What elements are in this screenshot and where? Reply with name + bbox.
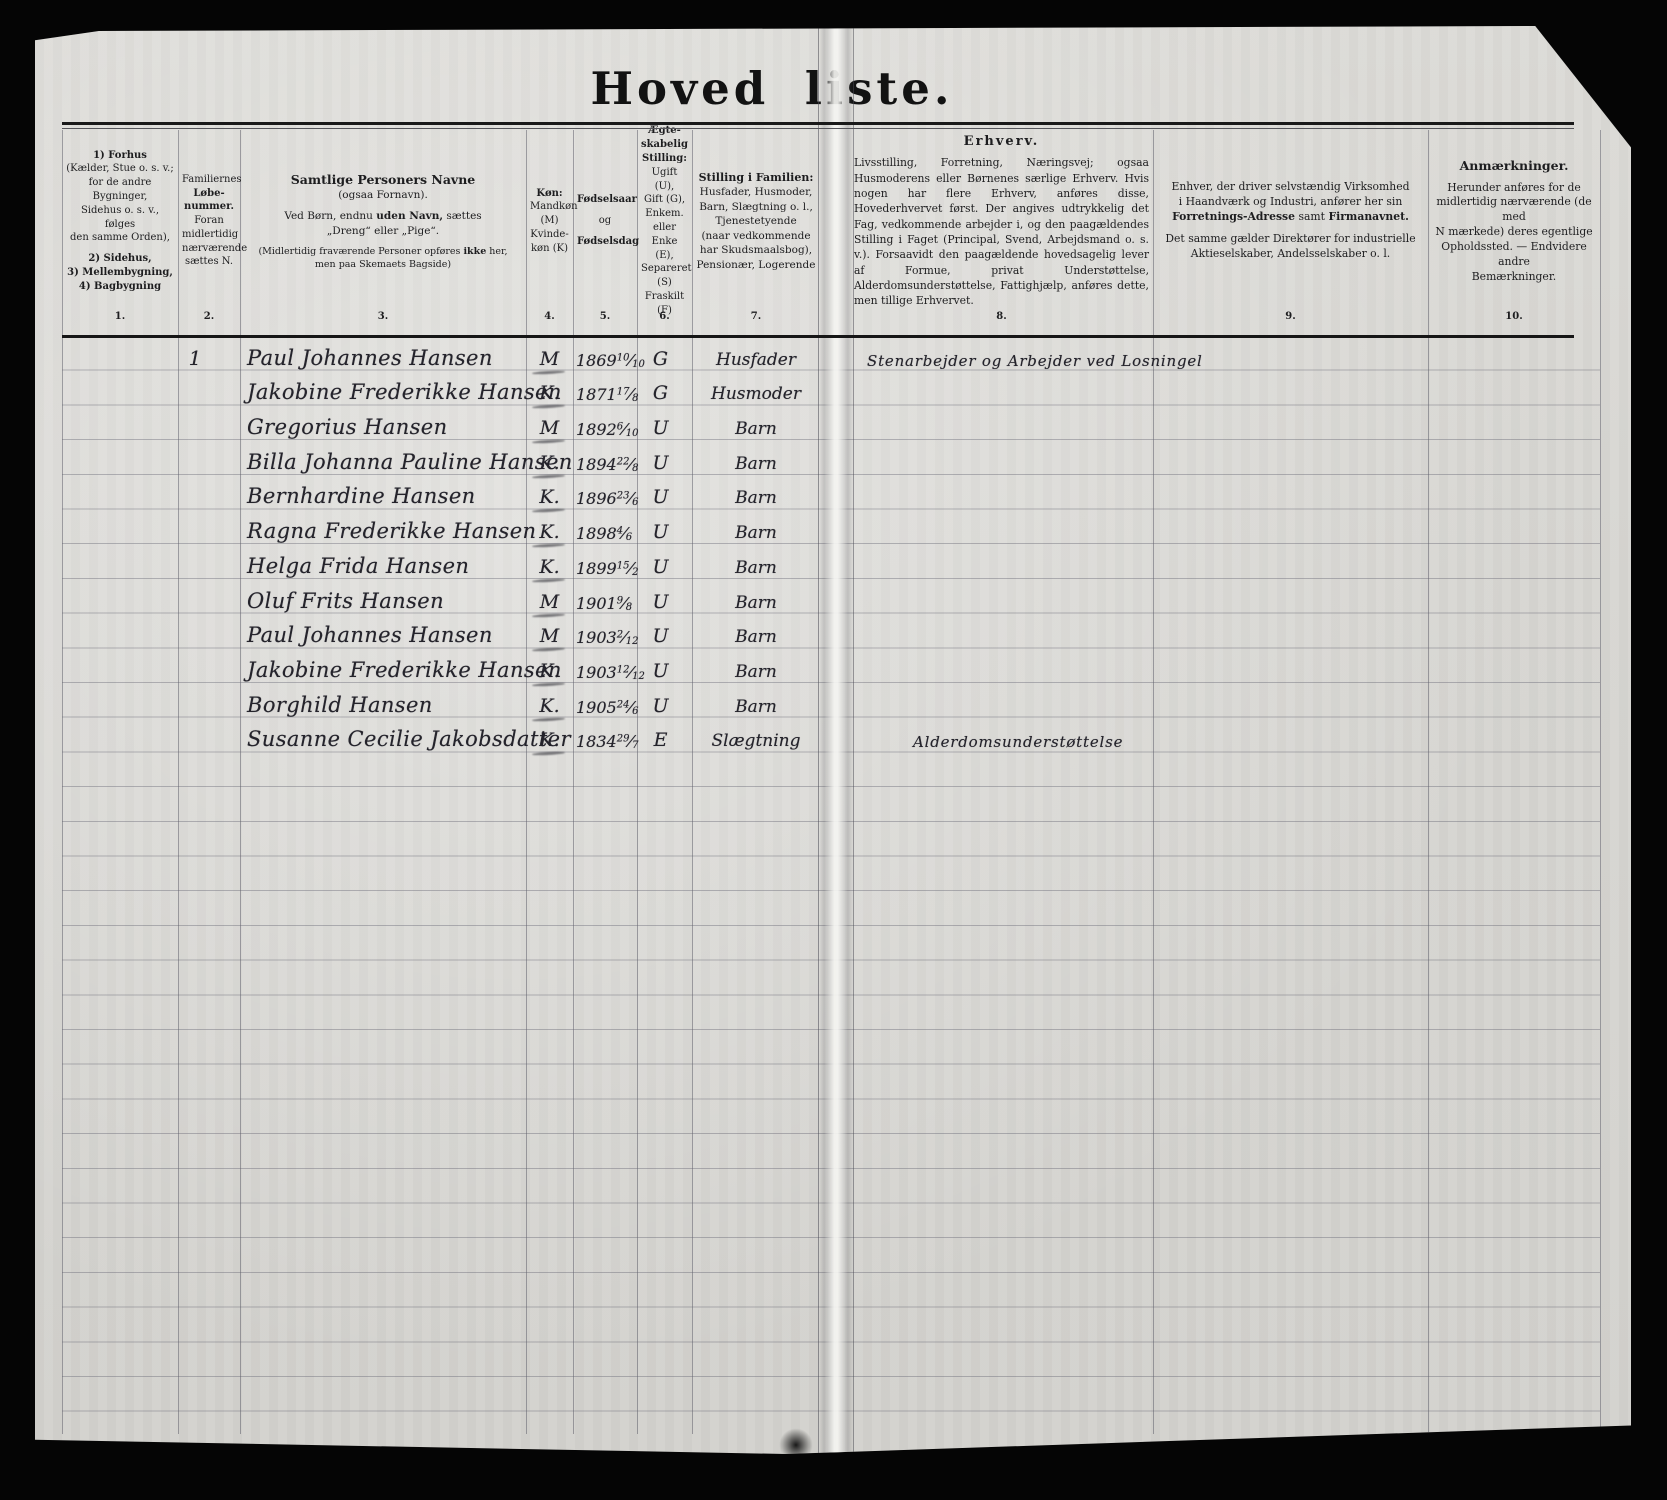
- birth-date-value: 189422⁄8: [576, 455, 639, 474]
- column-number-1: 1.: [66, 311, 174, 331]
- person-name-value: Oluf Frits Hansen: [247, 589, 444, 613]
- column-line: [692, 130, 693, 1434]
- birth-date-value: 18926⁄10: [576, 420, 639, 439]
- table-row: Jakobine Frederikke Hansen K. 190312⁄12 …: [35, 648, 1631, 683]
- column-line: [526, 130, 527, 1434]
- occupation-value: Alderdomsunderstøttelse: [913, 733, 1123, 751]
- birth-date-value: 190524⁄6: [576, 698, 639, 717]
- person-name-value: Jakobine Frederikke Hansen: [247, 380, 562, 404]
- header-line: og: [577, 214, 633, 228]
- column-number-4: 4.: [530, 311, 569, 331]
- birth-date-value: 189623⁄6: [576, 489, 639, 508]
- header-line: i Haandværk og Industri, anfører her sin: [1157, 195, 1424, 210]
- column-number-3: 3.: [244, 311, 522, 331]
- person-name-value: Jakobine Frederikke Hansen: [247, 658, 562, 682]
- person-name-value: Billa Johanna Pauline Hansen: [247, 450, 573, 474]
- person-name-value: Ragna Frederikke Hansen: [247, 519, 536, 543]
- person-name-value: Paul Johannes Hansen: [247, 623, 493, 647]
- header-line: „Dreng“ eller „Pige“.: [244, 224, 522, 238]
- header-note: (Midlertidig fraværende Personer opføres…: [244, 245, 522, 258]
- family-position-value: Barn: [696, 697, 816, 717]
- person-name-value: Susanne Cecilie Jakobsdatter: [247, 727, 571, 751]
- family-position-value: Barn: [696, 523, 816, 543]
- sex-value: K.: [526, 660, 573, 682]
- column-header-anmaerkninger: Anmærkninger. Herunder anføres for de mi…: [1432, 130, 1596, 312]
- header-line: Fødselsaar: [577, 193, 633, 207]
- header-title: Samtlige Personers Navne: [244, 171, 522, 188]
- family-number-value: 1: [175, 346, 215, 370]
- sex-value: K.: [526, 521, 573, 543]
- table-row: Ragna Frederikke Hansen K. 18984⁄6 U Bar…: [35, 509, 1631, 544]
- column-line: [637, 130, 638, 1434]
- sex-value: K.: [526, 382, 573, 404]
- person-name-value: Gregorius Hansen: [247, 415, 448, 439]
- family-position-value: Barn: [696, 558, 816, 578]
- header-note: men paa Skemaets Bagside): [244, 258, 522, 271]
- column-header-navne: Samtlige Personers Navne (ogsaa Fornavn)…: [244, 130, 522, 312]
- header-paragraph: Livsstilling, Forretning, Næringsvej; og…: [854, 155, 1149, 308]
- title-rule: [62, 122, 1574, 129]
- table-row: Billa Johanna Pauline Hansen K. 189422⁄8…: [35, 440, 1631, 475]
- header-line: Husfader, Husmoder, Barn, Slægtning o. l…: [696, 185, 816, 272]
- family-position-value: Barn: [696, 627, 816, 647]
- person-name-value: Borghild Hansen: [247, 693, 433, 717]
- family-position-value: Barn: [696, 419, 816, 439]
- birth-date-value: 189915⁄2: [576, 559, 639, 578]
- sex-value: M: [526, 348, 573, 370]
- header-line: Fødselsdag: [577, 235, 633, 249]
- column-header-fodselsaar: Fødselsaar og Fødselsdag: [577, 130, 633, 312]
- column-line: [62, 130, 63, 1434]
- birth-date-value: 19032⁄12: [576, 628, 639, 647]
- column-line: [1428, 130, 1429, 1434]
- marital-status-value: U: [637, 591, 684, 613]
- sex-value: K.: [526, 556, 573, 578]
- header-line: Ugift (U), Gift (G), Enkem. eller Enke (…: [641, 166, 688, 318]
- header-line: Familiernes: [182, 173, 236, 187]
- entries-list: 1 Paul Johannes Hansen M 186910⁄10 G Hus…: [35, 336, 1631, 752]
- family-position-value: Barn: [696, 593, 816, 613]
- birth-date-value: 187117⁄8: [576, 385, 639, 404]
- column-number-5: 5.: [577, 311, 633, 331]
- sex-value: K.: [526, 486, 573, 508]
- column-number-8: 8.: [854, 311, 1149, 331]
- marital-status-value: G: [637, 348, 684, 370]
- column-number-6: 6.: [641, 311, 688, 331]
- family-position-value: Husfader: [696, 350, 816, 370]
- column-header-stilling-familien: Stilling i Familien: Husfader, Husmoder,…: [696, 130, 816, 312]
- column-header-forhus: 1) Forhus (Kælder, Stue o. s. v.; for de…: [66, 130, 174, 312]
- birth-date-value: 186910⁄10: [576, 351, 645, 370]
- birth-date-value: 183429⁄7: [576, 732, 639, 751]
- header-line: Forretnings-Adresse samt Firmanavnet.: [1157, 210, 1424, 225]
- column-number-10: 10.: [1432, 311, 1596, 331]
- column-header-aegteskabelig: Ægte- skabelig Stilling: Ugift (U), Gift…: [641, 130, 688, 312]
- header-title: Ægte- skabelig Stilling:: [641, 124, 688, 165]
- page-title: Hoved liste.: [35, 62, 1509, 115]
- table-row: Gregorius Hansen M 18926⁄10 U Barn: [35, 405, 1631, 440]
- marital-status-value: U: [637, 417, 684, 439]
- column-header-erhverv: Erhverv. Livsstilling, Forretning, Nærin…: [854, 130, 1149, 312]
- sex-value: K.: [526, 695, 573, 717]
- scan-background: Hoved liste. 1) Forhus (Kælder, Stue o. …: [0, 0, 1667, 1500]
- sex-value: M: [526, 417, 573, 439]
- header-title: Anmærkninger.: [1432, 157, 1596, 174]
- column-header-forretningsadresse: Enhver, der driver selvstændig Virksomhe…: [1157, 130, 1424, 312]
- marital-status-value: U: [637, 695, 684, 717]
- table-row: Bernhardine Hansen K. 189623⁄6 U Barn: [35, 475, 1631, 510]
- table-row: Helga Frida Hansen K. 189915⁄2 U Barn: [35, 544, 1631, 579]
- marital-status-value: U: [637, 486, 684, 508]
- header-line: 3) Mellembygning,: [66, 266, 174, 280]
- header-line: Foran midlertidig nærværende sættes N.: [182, 214, 236, 269]
- header-line: Enhver, der driver selvstændig Virksomhe…: [1157, 180, 1424, 195]
- header-line: 4) Bagbygning: [66, 280, 174, 294]
- header-line: 2) Sidehus,: [66, 252, 174, 266]
- page-fold-shadow: [779, 1424, 813, 1454]
- sex-value: M: [526, 625, 573, 647]
- header-line: Løbe- nummer.: [182, 187, 236, 215]
- person-name-value: Bernhardine Hansen: [247, 484, 476, 508]
- column-number-9: 9.: [1157, 311, 1424, 331]
- header-line: Ved Børn, endnu uden Navn, sættes: [244, 209, 522, 223]
- family-position-value: Barn: [696, 488, 816, 508]
- header-title: Erhverv.: [854, 133, 1149, 151]
- sex-value: K.: [526, 729, 573, 751]
- person-name-value: Helga Frida Hansen: [247, 554, 469, 578]
- sex-value: M: [526, 591, 573, 613]
- column-line: [178, 130, 179, 1434]
- census-form-page: Hoved liste. 1) Forhus (Kælder, Stue o. …: [35, 26, 1631, 1454]
- column-line: [240, 130, 241, 1434]
- header-line: Aktieselskaber, Andelsselskaber o. l.: [1157, 247, 1424, 262]
- header-line: 1) Forhus: [66, 149, 174, 163]
- header-title: Stilling i Familien:: [696, 170, 816, 185]
- birth-date-value: 19019⁄8: [576, 594, 632, 613]
- marital-status-value: G: [637, 382, 684, 404]
- header-title: Køn:: [530, 187, 569, 201]
- column-number-2: 2.: [182, 311, 236, 331]
- family-position-value: Slægtning: [696, 731, 816, 751]
- table-row: Susanne Cecilie Jakobsdatter K. 183429⁄7…: [35, 718, 1631, 753]
- header-line: (ogsaa Fornavn).: [244, 188, 522, 202]
- marital-status-value: U: [637, 625, 684, 647]
- header-line: Mandkøn (M) Kvinde- køn (K): [530, 200, 569, 255]
- column-header-kon: Køn: Mandkøn (M) Kvinde- køn (K): [530, 130, 569, 312]
- birth-date-value: 190312⁄12: [576, 663, 645, 682]
- column-line: [573, 130, 574, 1434]
- marital-status-value: U: [637, 452, 684, 474]
- header-line: (Kælder, Stue o. s. v.; for de andre Byg…: [66, 162, 174, 245]
- table-row: 1 Paul Johannes Hansen M 186910⁄10 G Hus…: [35, 336, 1631, 371]
- sex-value: K.: [526, 452, 573, 474]
- column-line: [1153, 130, 1154, 1434]
- table-row: Borghild Hansen K. 190524⁄6 U Barn: [35, 683, 1631, 718]
- marital-status-value: E: [637, 729, 684, 751]
- table-row: Jakobine Frederikke Hansen K. 187117⁄8 G…: [35, 371, 1631, 406]
- table-row: Oluf Frits Hansen M 19019⁄8 U Barn: [35, 579, 1631, 614]
- column-number-7: 7.: [696, 311, 816, 331]
- family-position-value: Barn: [696, 454, 816, 474]
- marital-status-value: U: [637, 660, 684, 682]
- header-paragraph: Herunder anføres for de midlertidig nærv…: [1432, 181, 1596, 285]
- marital-status-value: U: [637, 521, 684, 543]
- family-position-value: Barn: [696, 662, 816, 682]
- person-name-value: Paul Johannes Hansen: [247, 346, 493, 370]
- column-header-lobenummer: Familiernes Løbe- nummer. Foran midlerti…: [182, 130, 236, 312]
- family-position-value: Husmoder: [696, 384, 816, 404]
- column-line: [1600, 130, 1601, 1434]
- header-line: Det samme gælder Direktører for industri…: [1157, 232, 1424, 247]
- marital-status-value: U: [637, 556, 684, 578]
- birth-date-value: 18984⁄6: [576, 524, 632, 543]
- occupation-value: Stenarbejder og Arbejder ved Losningel: [867, 352, 1203, 370]
- table-row: Paul Johannes Hansen M 19032⁄12 U Barn: [35, 614, 1631, 649]
